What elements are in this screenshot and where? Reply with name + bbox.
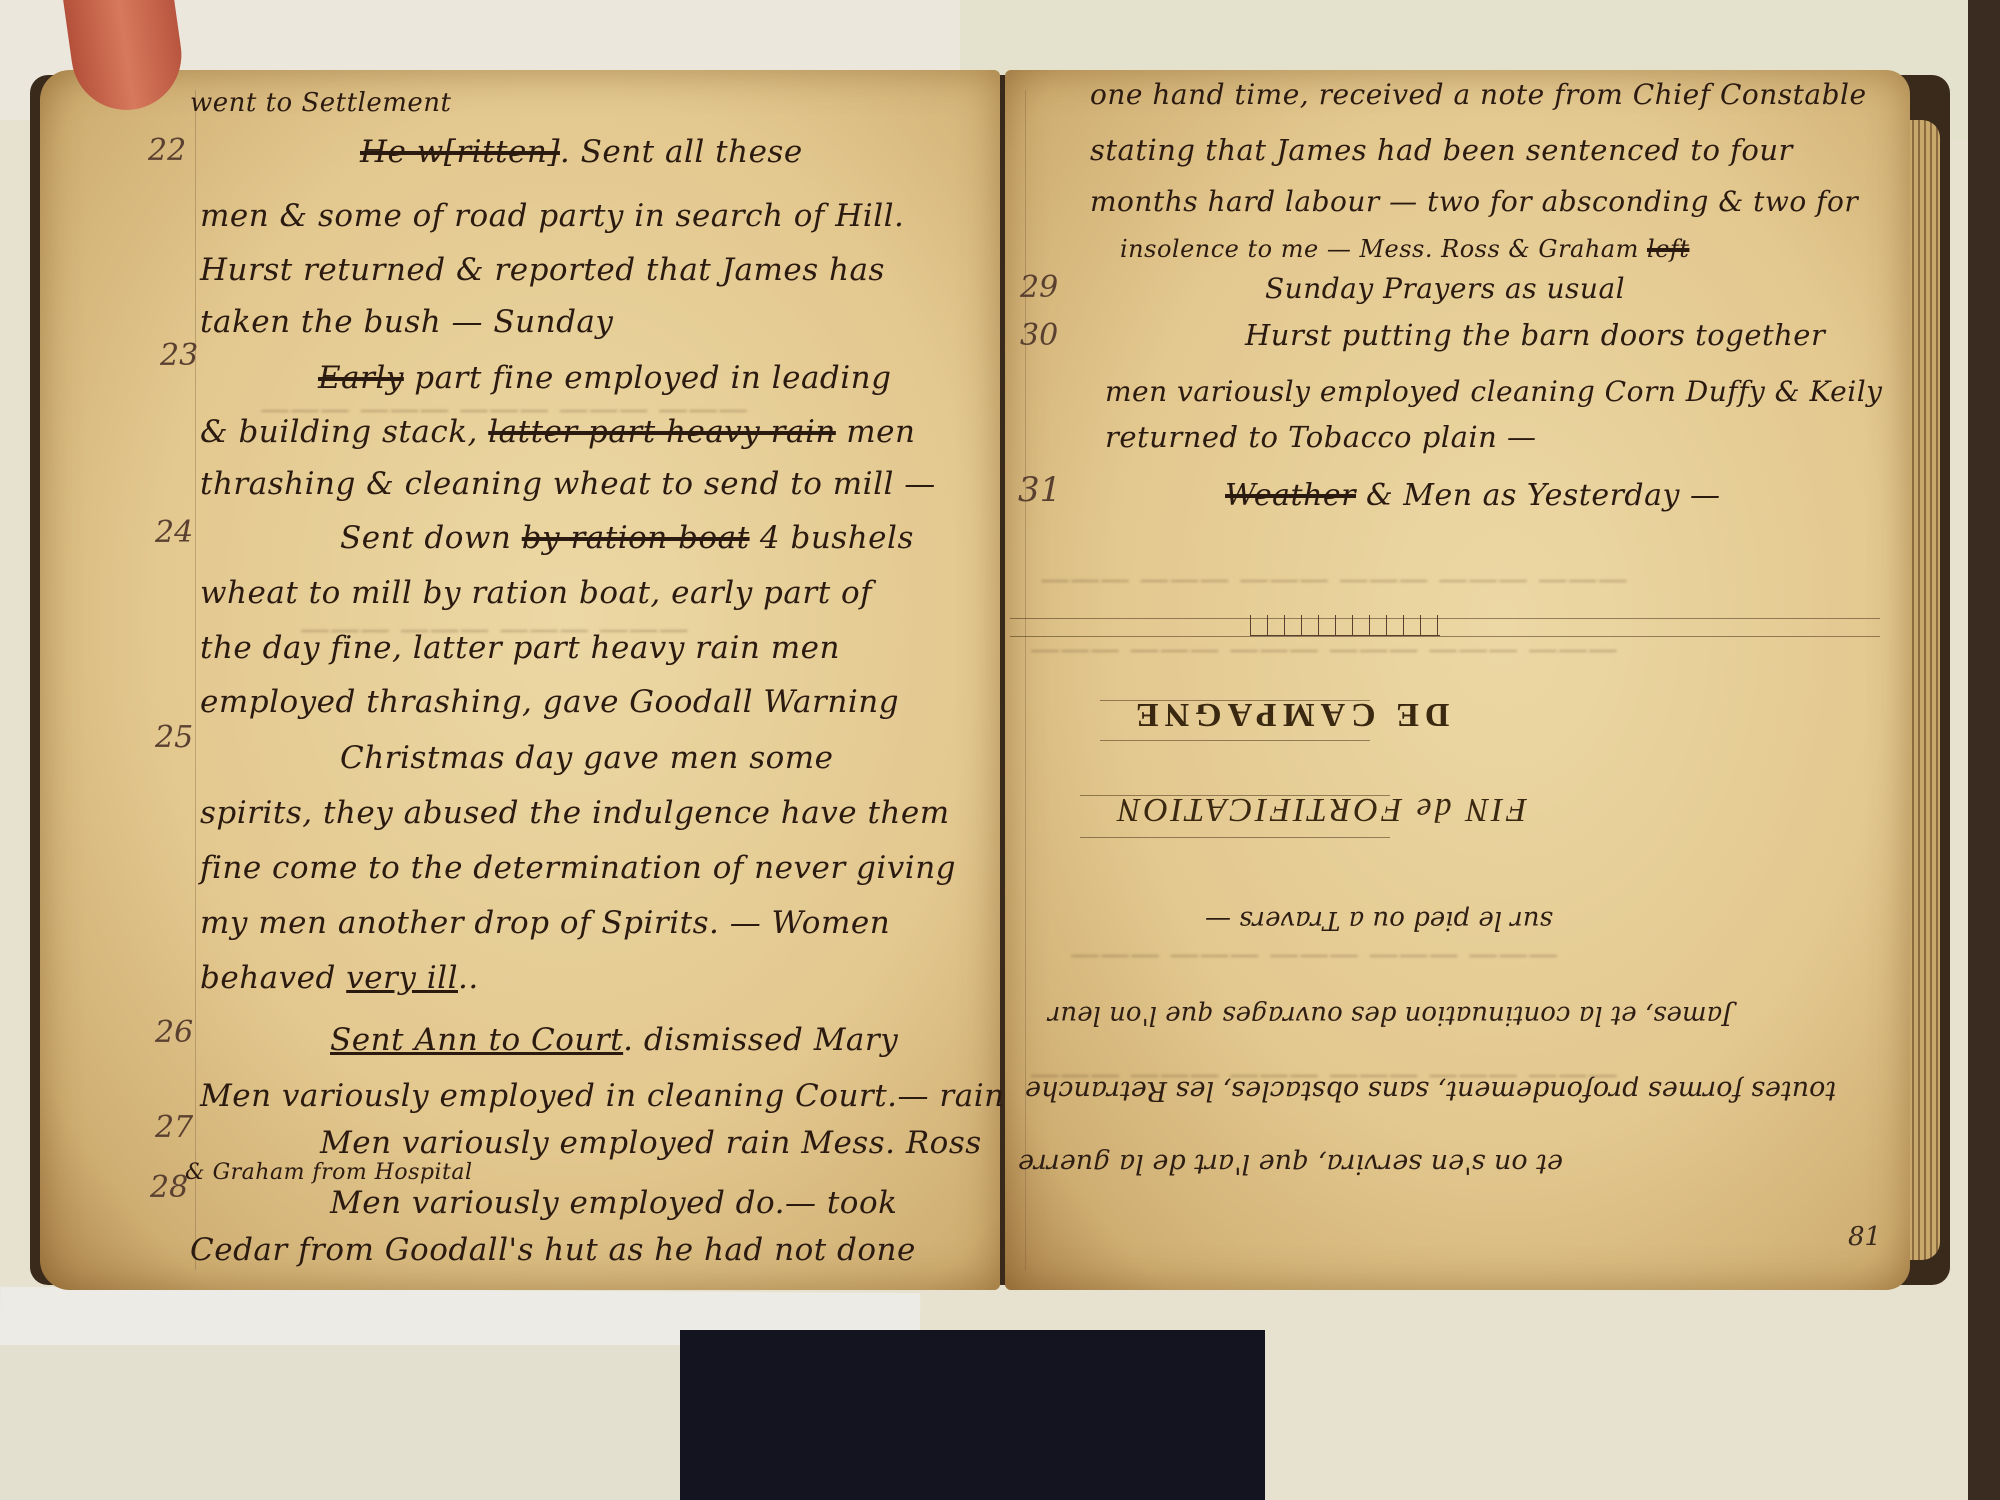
entry-date: 29 bbox=[1020, 270, 1058, 305]
grey-card-bottom-left bbox=[0, 1345, 680, 1500]
journal-line: my men another drop of Spirits. — Women bbox=[200, 905, 890, 941]
dark-strip-right bbox=[1968, 0, 2000, 1500]
journal-line: & Graham from Hospital bbox=[185, 1160, 473, 1185]
black-card-bottom bbox=[680, 1330, 1265, 1500]
bleed-through-text: ——— ——— ——— ——— ——— ——— bbox=[1040, 565, 1628, 600]
ruled-line bbox=[1100, 740, 1370, 741]
bleed-through-text: ——— ——— ——— ——— ——— bbox=[1070, 940, 1558, 975]
journal-line: wheat to mill by ration boat, early part… bbox=[200, 575, 872, 611]
journal-line: Cedar from Goodall's hut as he had not d… bbox=[190, 1232, 916, 1268]
journal-line: Hurst returned & reported that James has bbox=[200, 252, 885, 288]
journal-line: went to Settlement bbox=[190, 88, 452, 118]
journal-line: stating that James had been sentenced to… bbox=[1090, 133, 1793, 167]
journal-line: employed thrashing, gave Goodall Warning bbox=[200, 684, 899, 720]
journal-line: Early part fine employed in leading bbox=[318, 360, 892, 396]
margin-line bbox=[195, 90, 196, 1270]
entry-date: 24 bbox=[155, 515, 193, 550]
struck-text: latter part heavy rain bbox=[488, 414, 836, 450]
journal-line: returned to Tobacco plain — bbox=[1105, 420, 1537, 454]
underlined-text: very ill bbox=[346, 960, 458, 996]
journal-line: Sent down by ration boat 4 bushels bbox=[340, 520, 914, 556]
printed-scale-bar bbox=[1250, 615, 1440, 636]
journal-line: men & some of road party in search of Hi… bbox=[200, 198, 904, 234]
upside-down-handwriting: toutes formes profondement, sans obstacl… bbox=[1025, 1075, 1836, 1106]
entry-date: 31 bbox=[1018, 470, 1061, 510]
struck-text: Early bbox=[318, 360, 404, 396]
ruled-line bbox=[1010, 636, 1880, 637]
journal-line: Men variously employed in cleaning Court… bbox=[200, 1078, 1005, 1114]
struck-text: by ration boat bbox=[522, 520, 750, 556]
journal-line: spirits, they abused the indulgence have… bbox=[200, 795, 950, 831]
entry-date: 27 bbox=[155, 1110, 193, 1145]
struck-text: Weather bbox=[1225, 478, 1356, 513]
journal-line: Sunday Prayers as usual bbox=[1265, 272, 1625, 305]
journal-line: the day fine, latter part heavy rain men bbox=[200, 630, 840, 666]
entry-date: 26 bbox=[155, 1015, 193, 1050]
printed-heading-upside-down: DE CAMPAGNE bbox=[1130, 695, 1449, 733]
journal-line: months hard labour — two for absconding … bbox=[1090, 185, 1858, 218]
upside-down-handwriting: James, et la continuation des ouvrages q… bbox=[1048, 1000, 1733, 1030]
page-number: 81 bbox=[1848, 1222, 1881, 1252]
struck-text: He w[ritten] bbox=[360, 134, 560, 170]
journal-line: taken the bush — Sunday bbox=[200, 304, 613, 340]
journal-line: Weather & Men as Yesterday — bbox=[1225, 478, 1721, 513]
journal-line: fine come to the determination of never … bbox=[200, 850, 956, 886]
journal-line: Men variously employed rain Mess. Ross bbox=[320, 1125, 982, 1161]
journal-line: Christmas day gave men some bbox=[340, 740, 834, 776]
ruled-line bbox=[1080, 837, 1390, 838]
ruled-line bbox=[1010, 618, 1880, 619]
journal-line: Sent Ann to Court. dismissed Mary bbox=[330, 1022, 898, 1058]
journal-line: men variously employed cleaning Corn Duf… bbox=[1105, 375, 1882, 408]
journal-line: insolence to me — Mess. Ross & Graham le… bbox=[1120, 235, 1689, 263]
journal-line: behaved very ill.. bbox=[200, 960, 479, 996]
upside-down-handwriting: et on s'en servira, que l'art de la guer… bbox=[1018, 1148, 1563, 1179]
entry-date: 28 bbox=[150, 1170, 188, 1205]
struck-text: left bbox=[1647, 235, 1689, 263]
bleed-through-text: ——— ——— ——— ——— ——— ——— bbox=[1030, 635, 1618, 670]
journal-line: & building stack, latter part heavy rain… bbox=[200, 414, 915, 450]
journal-line: one hand time, received a note from Chie… bbox=[1090, 78, 1867, 111]
upside-down-handwriting: sur le pied ou a Travers — bbox=[1205, 905, 1553, 935]
journal-line: He w[ritten]. Sent all these bbox=[360, 134, 803, 170]
entry-date: 23 bbox=[160, 338, 198, 373]
entry-date: 30 bbox=[1020, 318, 1058, 353]
struck-text: Sent Ann to Court bbox=[330, 1022, 623, 1058]
printed-heading-upside-down: FIN de FORTIFICATION bbox=[1115, 790, 1527, 828]
journal-line: thrashing & cleaning wheat to send to mi… bbox=[200, 466, 936, 502]
entry-date: 25 bbox=[155, 720, 193, 755]
journal-line: Hurst putting the barn doors together bbox=[1245, 318, 1825, 352]
entry-date: 22 bbox=[148, 133, 186, 168]
journal-line: Men variously employed do.— took bbox=[330, 1185, 897, 1221]
